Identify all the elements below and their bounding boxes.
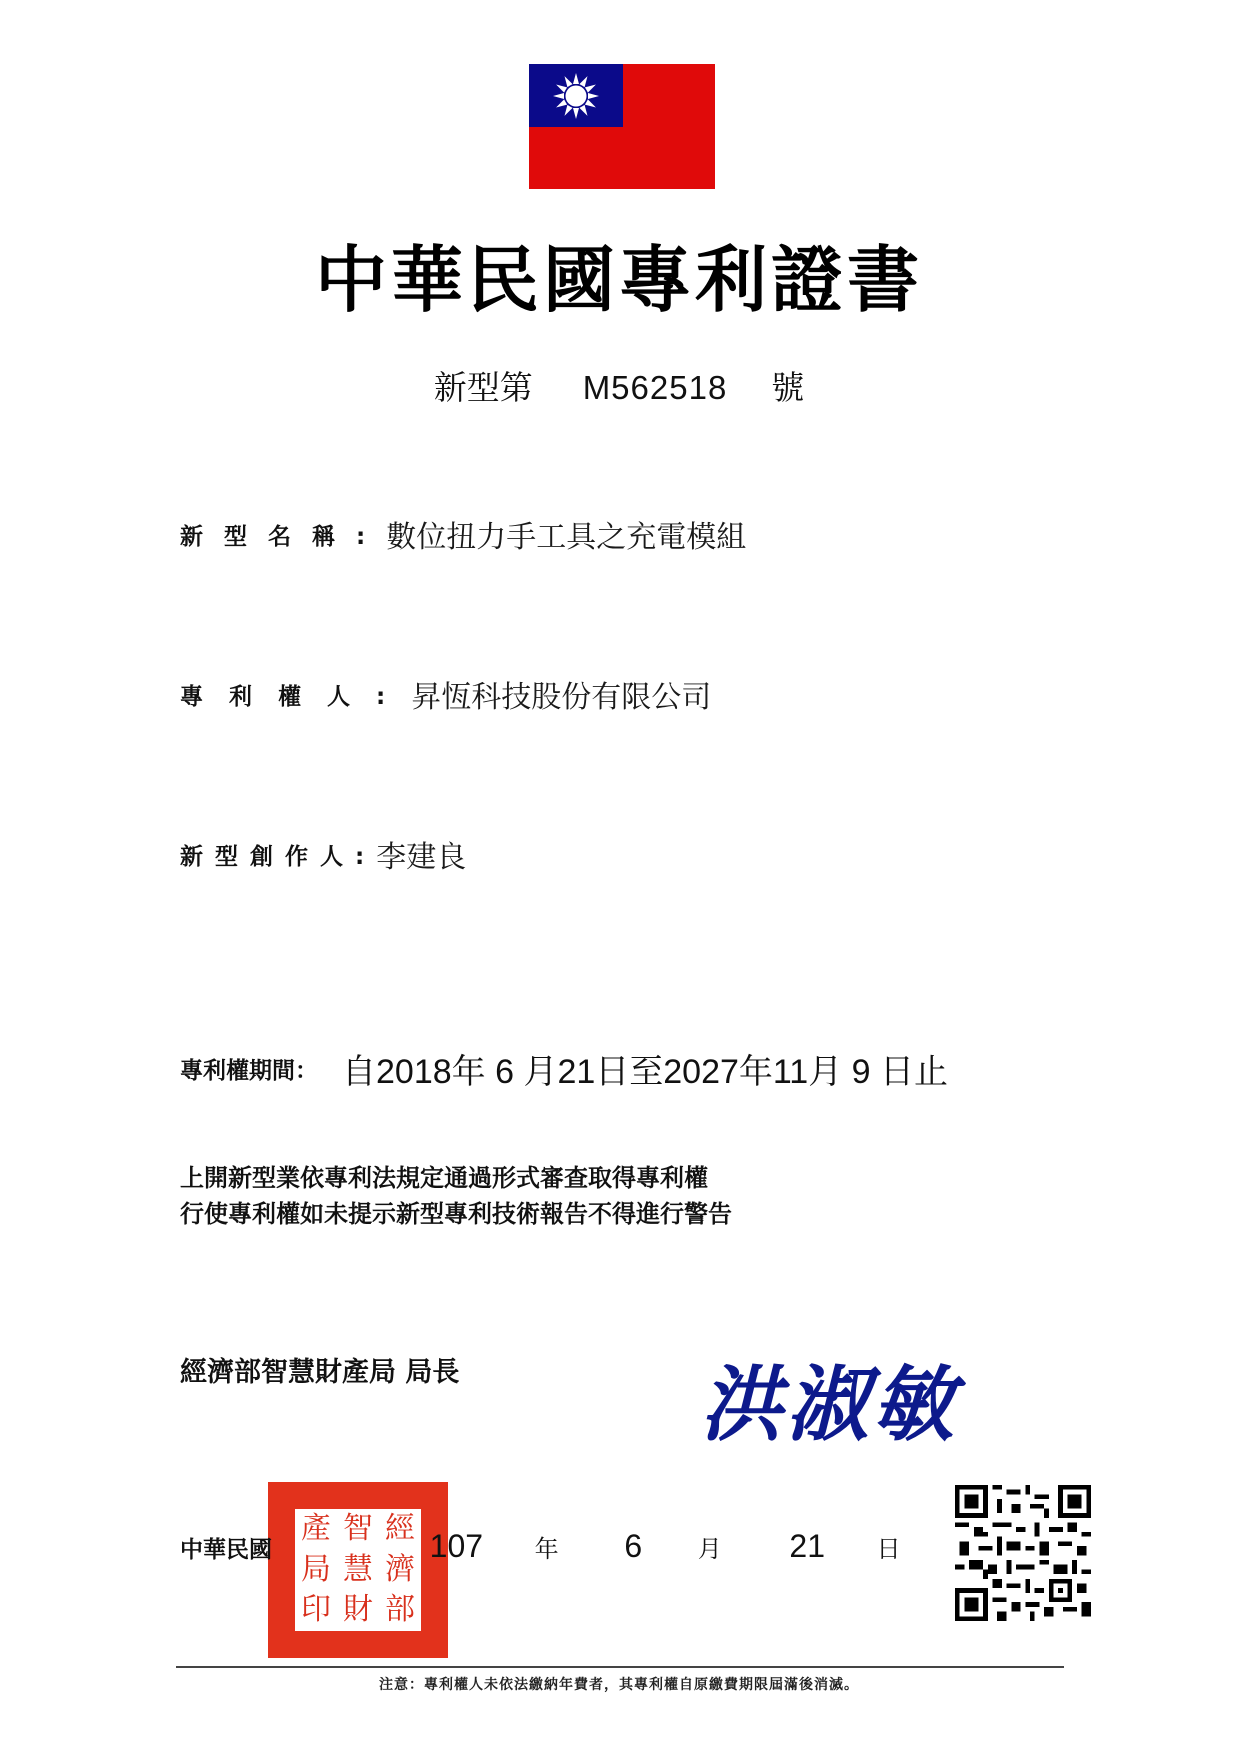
footnote: 注意：專利權人未依法繳納年費者，其專利權自原繳費期限屆滿後消滅。 xyxy=(0,1674,1238,1694)
date-year: 107 xyxy=(430,1528,483,1565)
patent-number: M562518 xyxy=(583,369,728,406)
patent-term-value: 自2018年 6 月21日至2027年11月 9 日止 xyxy=(342,1053,948,1091)
footer-divider xyxy=(176,1666,1064,1668)
field-label: 專利權人: xyxy=(180,678,411,711)
field-utility-model-name: 新型名稱:數位扭力手工具之充電模組 xyxy=(180,512,746,556)
field-value: 李建良 xyxy=(376,840,466,875)
date-day: 21 xyxy=(789,1528,825,1565)
director-signature: 洪淑敏 xyxy=(700,1340,958,1457)
qr-code-icon[interactable] xyxy=(955,1485,1091,1621)
certificate-title: 中華民國專利證書 xyxy=(0,222,1238,326)
notice-line: 上開新型業依專利法規定通過形式審查取得專利權 xyxy=(180,1160,732,1196)
field-value: 昇恆科技股份有限公司 xyxy=(411,680,711,715)
issue-date: 中華民國 107 年 6 月 21 日 xyxy=(180,1528,901,1565)
date-month-unit: 月 xyxy=(698,1529,722,1564)
number-suffix: 號 xyxy=(771,368,804,407)
patent-term-label: 專利權期間： xyxy=(180,1058,318,1084)
white-sun-icon xyxy=(551,71,601,121)
seal-glyph: 財 xyxy=(337,1590,379,1631)
field-label: 新型創作人: xyxy=(180,838,376,871)
number-prefix: 新型第 xyxy=(434,368,533,407)
date-era: 中華民國 xyxy=(180,1531,272,1564)
seal-glyph: 印 xyxy=(295,1590,337,1631)
issuing-authority: 經濟部智慧財產局 局長 xyxy=(180,1350,459,1389)
date-day-unit: 日 xyxy=(877,1529,901,1564)
patent-term: 專利權期間：自2018年 6 月21日至2027年11月 9 日止 xyxy=(180,1044,948,1093)
field-value: 數位扭力手工具之充電模組 xyxy=(386,520,746,555)
field-creator: 新型創作人:李建良 xyxy=(180,832,466,876)
roc-flag-icon xyxy=(529,64,715,189)
field-patentee: 專利權人:昇恆科技股份有限公司 xyxy=(180,672,711,716)
notice-line: 行使專利權如未提示新型專利技術報告不得進行警告 xyxy=(180,1196,732,1232)
official-seal-icon: 產 智 經 局 慧 濟 印 財 部 xyxy=(268,1482,448,1658)
seal-glyph: 部 xyxy=(379,1590,421,1631)
patent-number-line: 新型第M562518號 xyxy=(0,362,1238,409)
date-month: 6 xyxy=(624,1528,642,1565)
examination-notice: 上開新型業依專利法規定通過形式審查取得專利權 行使專利權如未提示新型專利技術報告… xyxy=(180,1160,732,1232)
date-year-unit: 年 xyxy=(535,1529,559,1564)
field-label: 新型名稱: xyxy=(180,518,386,551)
